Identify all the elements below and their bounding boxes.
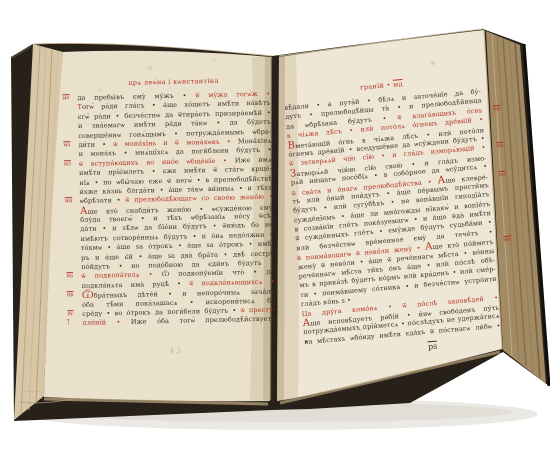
margin-chapter-number: нг xyxy=(67,310,74,320)
margin-chapter-number: на xyxy=(66,273,73,283)
left-page-text: црѧ леѡ́на і кѡнстанті́на меда пребы́въ … xyxy=(77,76,276,329)
margin-chapter-number: ме xyxy=(62,94,69,104)
photo-of-open-antique-book: црѧ леѡ́на і кѡнстанті́на меда пребы́въ … xyxy=(0,0,550,450)
margin-chapter-number: і xyxy=(67,320,69,329)
left-text-block: меда пребы́въ єму̀ му́жъ • ѿ му́жа тогѡ́… xyxy=(77,90,275,329)
margin-chapter-number: мѕ xyxy=(496,142,504,152)
margin-chapter-number: мз xyxy=(498,170,506,180)
pencil-annotation: 43 xyxy=(170,347,183,355)
margin-chapter-number: мѕ xyxy=(63,141,70,151)
margin-chapter-number: ме xyxy=(493,105,501,115)
margin-chapter-number: мз xyxy=(64,160,71,170)
folio-signature-mark: рѕ xyxy=(428,342,438,352)
margin-chapter-number: ми xyxy=(65,197,73,207)
right-page-text: гранїй • мд вѣ́дали • а пута́й • бѣ́лѧ и… xyxy=(283,74,501,348)
right-text-block: вѣ́дали • а пута́й • бѣ́лѧ и ѕаточе́нїе … xyxy=(284,87,501,347)
margin-chapter-number: нв xyxy=(67,291,74,301)
margin-chapter-number: ми xyxy=(503,236,511,246)
